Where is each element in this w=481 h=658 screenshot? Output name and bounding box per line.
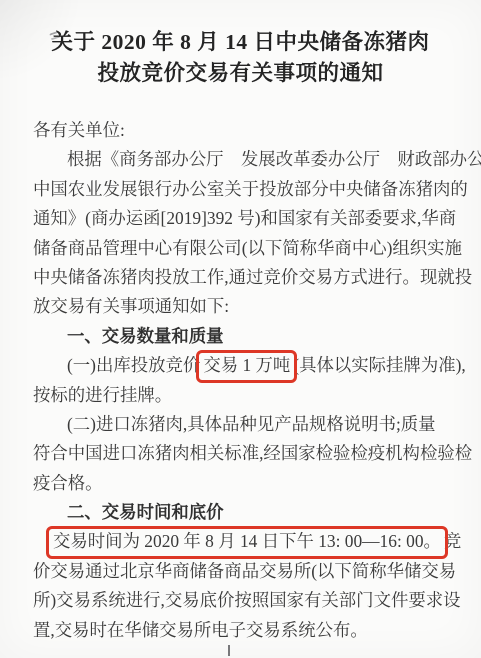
text-segment: (具体以实际挂牌为准), [293, 355, 465, 375]
text-segment: 储备商品管理中心有限公司(以下简称华商中心)组织实施 [33, 238, 462, 258]
text-segment: 价交易通过北京华商储备商品交易所(以下简称华储交易 [33, 561, 456, 581]
highlight-box: 交易时间为 2020 年 8 月 14 日下午 13: 00—16: 00。 [46, 526, 448, 559]
text-segment: 按标的进行挂牌。 [33, 385, 172, 405]
body-line: 中央储备冻猪肉投放工作,通过竞价交易方式进行。现就投 [33, 263, 453, 292]
scanned-notice-page: 关于 2020 年 8 月 14 日中央储备冻猪肉 投放竞价交易有关事项的通知 … [0, 0, 481, 658]
text-segment: 根据《商务部办公厅 发展改革委办公厅 财政部办公厅 [67, 149, 481, 169]
section-heading: 二、交易时间和底价 [33, 498, 453, 527]
text-segment: 各有关单位: [33, 120, 125, 140]
document-body: 各有关单位:根据《商务部办公厅 发展改革委办公厅 财政部办公厅中国农业发展银行办… [33, 116, 453, 645]
text-segment: 二、交易时间和底价 [67, 502, 224, 522]
page-fold-mark [228, 645, 230, 656]
text-segment: 放交易有关事项通知如下: [33, 296, 229, 316]
body-line: 通知》(商办运函[2019]392 号)和国家有关部委要求,华商 [33, 204, 453, 233]
body-line: (二)进口冻猪肉,具体品种见产品规格说明书;质量 [33, 410, 453, 439]
text-segment: (一)出库投放竞价 [67, 355, 200, 375]
section-heading: 一、交易数量和质量 [33, 322, 453, 351]
highlight-box: 交易 1 万吨 [196, 350, 297, 383]
document-title-line-1: 关于 2020 年 8 月 14 日中央储备冻猪肉 [0, 27, 481, 58]
text-segment: 置,交易时在华储交易所电子交易系统公布。 [33, 620, 368, 640]
text-segment: 符合中国进口冻猪肉相关标准,经国家检验检疫机构检验检 [33, 443, 472, 463]
body-line: 按标的进行挂牌。 [33, 381, 453, 410]
body-line: 储备商品管理中心有限公司(以下简称华商中心)组织实施 [33, 234, 453, 263]
text-segment: 通知》(商办运函[2019]392 号)和国家有关部委要求,华商 [33, 208, 456, 228]
body-line: 疫合格。 [33, 469, 453, 498]
text-segment: 中央储备冻猪肉投放工作,通过竞价交易方式进行。现就投 [33, 267, 472, 287]
text-segment: (二)进口冻猪肉,具体品种见产品规格说明书;质量 [67, 414, 436, 434]
body-line: 置,交易时在华储交易所电子交易系统公布。 [33, 616, 453, 645]
body-line: 价交易通过北京华商储备商品交易所(以下简称华储交易 [33, 557, 453, 586]
text-segment: 中国农业发展银行办公室关于投放部分中央储备冻猪肉的 [33, 179, 468, 199]
text-segment: 所)交易系统进行,交易底价按照国家有关部门文件要求设 [33, 590, 461, 610]
document-title-line-2: 投放竞价交易有关事项的通知 [0, 58, 481, 89]
body-line: 根据《商务部办公厅 发展改革委办公厅 财政部办公厅 [33, 145, 453, 174]
body-line: 中国农业发展银行办公室关于投放部分中央储备冻猪肉的 [33, 175, 453, 204]
text-segment: 疫合格。 [33, 473, 103, 493]
text-segment: 一、交易数量和质量 [67, 326, 224, 346]
body-line: 交易时间为 2020 年 8 月 14 日下午 13: 00—16: 00。竞 [33, 527, 453, 556]
document-title: 关于 2020 年 8 月 14 日中央储备冻猪肉 投放竞价交易有关事项的通知 [0, 27, 481, 89]
body-line: 所)交易系统进行,交易底价按照国家有关部门文件要求设 [33, 586, 453, 615]
body-line: 各有关单位: [33, 116, 453, 145]
body-line: 符合中国进口冻猪肉相关标准,经国家检验检疫机构检验检 [33, 439, 453, 468]
body-line: 放交易有关事项通知如下: [33, 292, 453, 321]
body-line: (一)出库投放竞价交易 1 万吨(具体以实际挂牌为准), [33, 351, 453, 380]
